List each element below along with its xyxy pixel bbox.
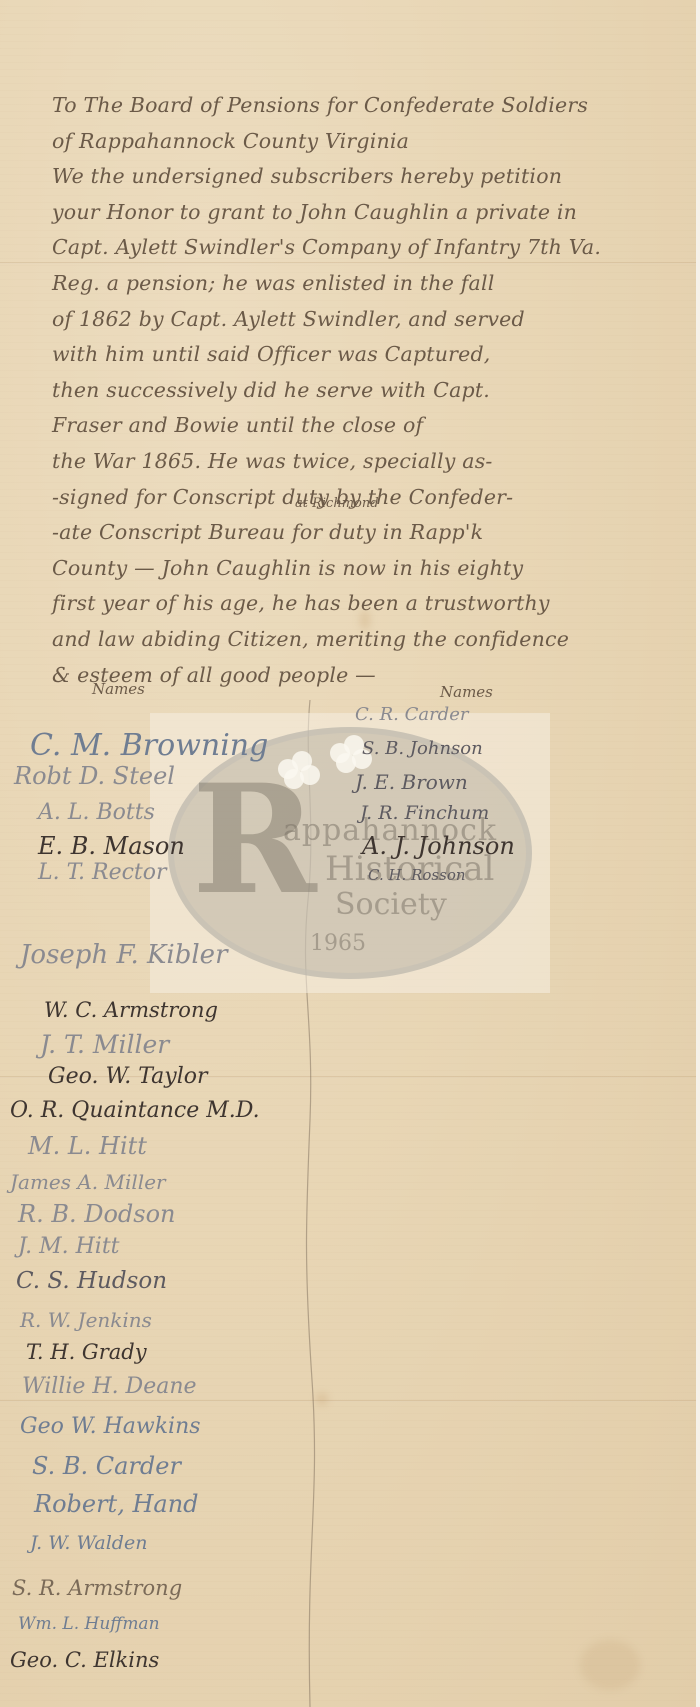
names-header-left: Names <box>92 680 145 698</box>
body-line: County — John Caughlin is now in his eig… <box>52 551 692 587</box>
signature: J. E. Brown <box>355 770 468 794</box>
names-header-right: Names <box>440 683 493 701</box>
watermark-line: Society <box>335 887 447 922</box>
signature: A. J. Johnson <box>362 832 515 860</box>
signature: T. H. Grady <box>26 1340 147 1364</box>
signature: C. H. Rosson <box>368 866 466 884</box>
signature: L. T. Rector <box>38 860 167 885</box>
watermark-year: 1965 <box>310 931 366 956</box>
signature: C. R. Carder <box>355 704 468 725</box>
body-line: first year of his age, he has been a tru… <box>52 586 692 622</box>
body-line: & esteem of all good people — <box>52 658 692 694</box>
signature: J. R. Finchum <box>360 802 489 824</box>
signature: Geo. W. Taylor <box>48 1064 208 1089</box>
salutation-line: To The Board of Pensions for Confederate… <box>52 88 692 124</box>
body-line: and law abiding Citizen, meriting the co… <box>52 622 692 658</box>
body-line: then successively did he serve with Capt… <box>52 373 692 409</box>
signature: Robt D. Steel <box>14 762 175 790</box>
signature: S. B. Carder <box>32 1452 181 1480</box>
signature: E. B. Mason <box>38 832 185 860</box>
body-line: Reg. a pension; he was enlisted in the f… <box>52 266 692 302</box>
signature: Geo. C. Elkins <box>10 1648 159 1672</box>
body-line: your Honor to grant to John Caughlin a p… <box>52 195 692 231</box>
petition-text: To The Board of Pensions for Confederate… <box>52 88 692 693</box>
body-line: -ate Conscript Bureau for duty in Rapp'k <box>52 515 692 551</box>
signature: J. M. Hitt <box>18 1234 120 1259</box>
insertion-note: at Richmond <box>295 496 379 511</box>
body-line: the War 1865. He was twice, specially as… <box>52 444 692 480</box>
signature: R. W. Jenkins <box>20 1308 152 1332</box>
signature: James A. Miller <box>10 1170 166 1194</box>
body-line: with him until said Officer was Captured… <box>52 337 692 373</box>
signature: S. B. Johnson <box>362 738 483 759</box>
signature: Joseph F. Kibler <box>20 940 228 970</box>
signature: C. M. Browning <box>30 728 268 763</box>
fold-line <box>0 1400 696 1402</box>
body-line: of 1862 by Capt. Aylett Swindler, and se… <box>52 302 692 338</box>
signature: Willie H. Deane <box>22 1374 197 1399</box>
salutation-line: of Rappahannock County Virginia <box>52 124 692 160</box>
body-line: Capt. Aylett Swindler's Company of Infan… <box>52 230 692 266</box>
body-line: Fraser and Bowie until the close of <box>52 408 692 444</box>
signature: S. R. Armstrong <box>12 1576 182 1600</box>
signature: A. L. Botts <box>38 800 155 825</box>
signature: J. T. Miller <box>40 1030 169 1059</box>
signature: W. C. Armstrong <box>44 998 218 1022</box>
body-line: We the undersigned subscribers hereby pe… <box>52 159 692 195</box>
signature: J. W. Walden <box>30 1532 147 1554</box>
signature: Geo W. Hawkins <box>20 1414 201 1439</box>
stain <box>316 1393 328 1405</box>
signature: M. L. Hitt <box>28 1132 147 1160</box>
signature: Wm. L. Huffman <box>18 1614 160 1634</box>
signature: R. B. Dodson <box>18 1200 176 1228</box>
signature: O. R. Quaintance M.D. <box>10 1098 260 1123</box>
scan-edge <box>696 0 700 1707</box>
signature: C. S. Hudson <box>16 1268 167 1294</box>
signature: Robert, Hand <box>34 1490 199 1518</box>
stain <box>580 1640 640 1690</box>
